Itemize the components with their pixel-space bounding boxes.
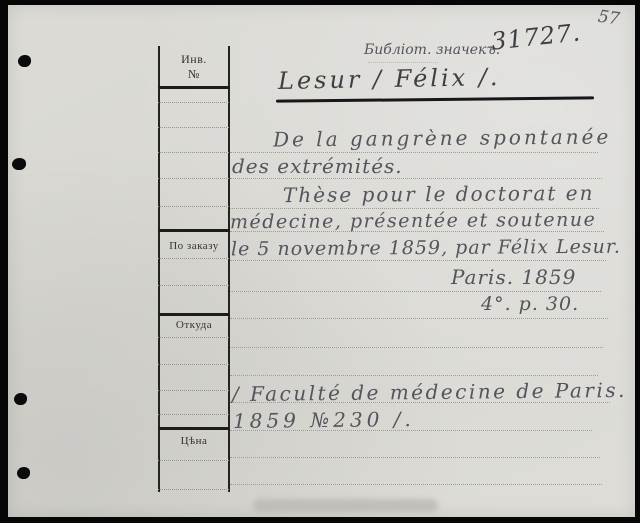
ruling-dotted-line bbox=[230, 484, 602, 485]
ruling-dotted-line bbox=[230, 347, 603, 348]
ruling-dotted-line bbox=[158, 337, 229, 338]
ruling-dotted-line bbox=[230, 178, 602, 179]
field-label-price: Цѣна bbox=[158, 435, 230, 447]
bleed-through-smudge bbox=[253, 499, 438, 512]
title-line: De la gangrène spontanée bbox=[273, 125, 611, 152]
column-separator bbox=[158, 229, 230, 232]
ruling-dotted-line bbox=[158, 102, 229, 103]
library-mark-label: Библіот. значекъ. bbox=[364, 42, 500, 58]
column-rule-right bbox=[228, 46, 230, 492]
field-label-inventory-line2: № bbox=[158, 67, 230, 82]
title-line: des extrémités. bbox=[232, 154, 403, 178]
author-heading: Lesur / Félix /. bbox=[278, 63, 501, 95]
ruling-dotted-line bbox=[158, 127, 229, 128]
column-separator bbox=[158, 86, 230, 89]
source-line: / Faculté de médecine de Paris. bbox=[232, 378, 627, 406]
scanned-catalog-card-page: { "page": { "page_number": "57" }, "head… bbox=[0, 0, 640, 523]
field-label-inventory-line1: Инв. bbox=[158, 52, 230, 67]
ruling-dotted-line bbox=[230, 457, 600, 458]
hole-punch-mark bbox=[17, 467, 30, 479]
column-separator bbox=[158, 313, 230, 316]
imprint-line: Paris. 1859 bbox=[451, 265, 576, 289]
ruling-dotted-line bbox=[158, 178, 229, 179]
source-line: 1859 №230 /. bbox=[233, 407, 415, 433]
faint-caption-line bbox=[368, 62, 438, 63]
column-rule-left bbox=[158, 46, 160, 492]
ruling-dotted-line bbox=[158, 258, 229, 259]
column-separator bbox=[158, 427, 230, 430]
ruling-dotted-line bbox=[230, 260, 606, 261]
body-line: médecine, présentée et soutenue bbox=[230, 209, 596, 234]
ruling-dotted-line bbox=[158, 285, 229, 286]
field-label-origin: Откуда bbox=[158, 319, 230, 331]
ruling-dotted-line bbox=[230, 375, 598, 376]
ruling-dotted-line bbox=[158, 364, 229, 365]
catalog-card: Инв. № По заказу Откуда Цѣна 57 Библіот.… bbox=[8, 5, 635, 517]
hole-punch-mark bbox=[12, 158, 26, 170]
ruling-dotted-line bbox=[158, 390, 229, 391]
body-line: Thèse pour le doctorat en bbox=[283, 181, 595, 207]
library-mark-number: 31727. bbox=[490, 18, 582, 55]
ruling-dotted-line bbox=[158, 152, 229, 153]
ruling-dotted-line bbox=[158, 414, 229, 415]
hole-punch-mark bbox=[18, 55, 31, 67]
ruling-dotted-line bbox=[158, 489, 229, 490]
author-underline bbox=[276, 96, 594, 102]
ruling-dotted-line bbox=[230, 318, 608, 319]
hole-punch-mark bbox=[14, 393, 27, 405]
ruling-dotted-line bbox=[158, 206, 229, 207]
ruling-dotted-line bbox=[230, 291, 601, 292]
imprint-line: 4°. p. 30. bbox=[481, 293, 579, 315]
field-label-by-order: По заказу bbox=[158, 240, 230, 252]
handwritten-page-number: 57 bbox=[597, 7, 621, 30]
body-line: le 5 novembre 1859, par Félix Lesur. bbox=[231, 236, 621, 261]
ruling-dotted-line bbox=[230, 152, 598, 153]
ruling-dotted-line bbox=[158, 460, 229, 461]
